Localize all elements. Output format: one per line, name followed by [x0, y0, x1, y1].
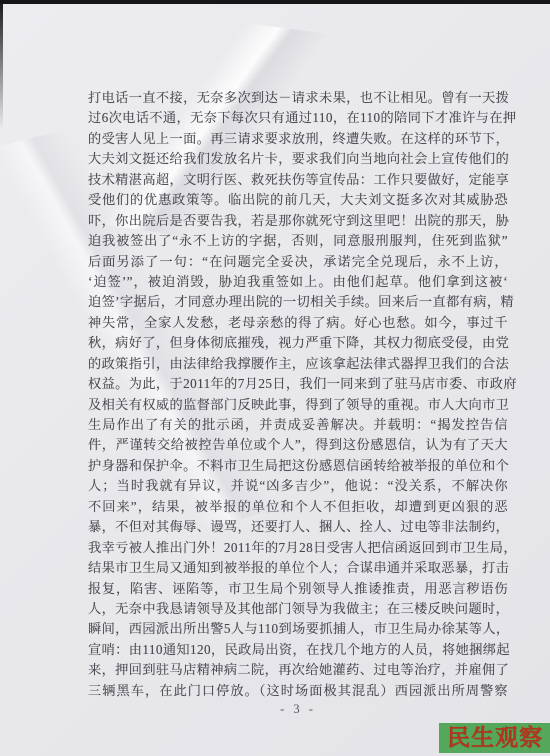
document-line: 报复，陷害、诬陷等，市卫生局个别领导人推诿推责，用恶言秽语伤	[88, 579, 508, 599]
scanned-document-page: 打电话一直不接，无奈多次到达－请求未果，也不让相见。曾有一天拨过6次电话不通，无…	[0, 0, 550, 756]
document-line: 人；当时我就有异议，并说“凶多吉少”，他说：“没关系，不解决你	[88, 476, 508, 496]
document-line: 件，严谨转交给被控告单位或个人”，得到这份感恩信，认为有了天大	[88, 435, 508, 455]
document-line: 护身器和保护伞。不料市卫生局把这份感恩信函转给被举报的单位和个	[88, 456, 508, 476]
document-text: 打电话一直不接，无奈多次到达－请求未果，也不让相见。曾有一天拨过6次电话不通，无…	[88, 88, 508, 701]
document-line: 迫签’字据后，才同意办理出院的一切相关手续。回来后一直都有病，精	[88, 292, 508, 312]
document-line: 受他们的优惠政策等。临出院的前几天，大夫刘文挺多次对其威胁恐	[88, 190, 508, 210]
document-line: 瞬间，西园派出所出警5人与110到场要抓捕人，市卫生局办徐某等人，	[88, 619, 508, 639]
document-line: 权益。为此，于2011年的7月25日，我们一同来到了驻马店市委、市政府	[88, 374, 508, 394]
watermark-badge: 民生观察	[439, 723, 550, 753]
document-line: ‘迫签’”，被迫消毁，胁迫我重签如上。由他们起草。他们拿到这被‘	[88, 272, 508, 292]
document-line: 迫我被签出了“永不上访的字据，否则，同意服刑服判，住死到监狱”	[88, 231, 508, 251]
document-line: 不回来”，结果，被举报的单位和个人不但拒收，却遭到更凶狠的恶	[88, 497, 508, 517]
document-line: 及相关有权威的监督部门反映此事，得到了领导的重视。市人大向市卫	[88, 395, 508, 415]
document-line: 人，无奈中我恳请领导及其他部门领导为我做主；在三楼反映问题时，	[88, 599, 508, 619]
document-line: 技术精湛高超，文明行医、救死扶伤等宣传品：工作只要做好，定能享	[88, 170, 508, 190]
document-line: 结果市卫生局又通知到被举报的单位个人；合谋串通并采取恶暴，打击	[88, 558, 508, 578]
document-line: 生局作出了有关的批示函，并责成妥善解决。并载明：“揭发控告信	[88, 415, 508, 435]
document-line: 三辆黑车，在此门口停放。（这时场面极其混乱）西园派出所周警察	[88, 681, 508, 701]
document-line: 秋，病好了，但身体彻底摧残，视力严重下降，其权力彻底受侵，由党	[88, 333, 508, 353]
document-line: 宣哨：由110通知120，民政局出资，在找几个地方的人员，将她捆绑起	[88, 640, 508, 660]
document-line: 后面另添了一句：“在问题完全妥决，承诺完全兑现后，永不上访，	[88, 252, 508, 272]
document-line: 的政策指引，由法律给我撑腰作主，应该拿起法律式器捍卫我们的合法	[88, 354, 508, 374]
document-line: 打电话一直不接，无奈多次到达－请求未果，也不让相见。曾有一天拨	[88, 88, 508, 108]
page-number: - 3 -	[88, 702, 508, 717]
document-line: 大夫刘文挺还给我们发放名片卡，要求我们向当地向社会上宣传他们的	[88, 149, 508, 169]
document-line: 暴，不但对其侮辱、谩骂，还要打人、捆人、拴人、过电等非法制约，	[88, 517, 508, 537]
document-line: 过6次电话不通，无奈下每次只有通过110，在110的陪同下才准许与在押	[88, 108, 508, 128]
scan-left-edge	[0, 0, 3, 130]
document-line: 神失常，全家人发愁，老母亲愁的得了病。好心也愁。如今，事过千	[88, 313, 508, 333]
document-line: 我幸亏被人推出门外！2011年的7月28日受害人把信函返回到市卫生局，	[88, 538, 508, 558]
document-line: 吓，你出院后是否要告我，若是那你就死守到这里吧！出院的那天，胁	[88, 211, 508, 231]
document-line: 来，押回到驻马店精神病二院，再次给她灌药、过电等治疗，并雇佣了	[88, 660, 508, 680]
document-line: 的受害人见上一面。再三请求要求放刑，终遭失败。在这样的环节下，	[88, 129, 508, 149]
scan-top-edge	[0, 0, 550, 4]
